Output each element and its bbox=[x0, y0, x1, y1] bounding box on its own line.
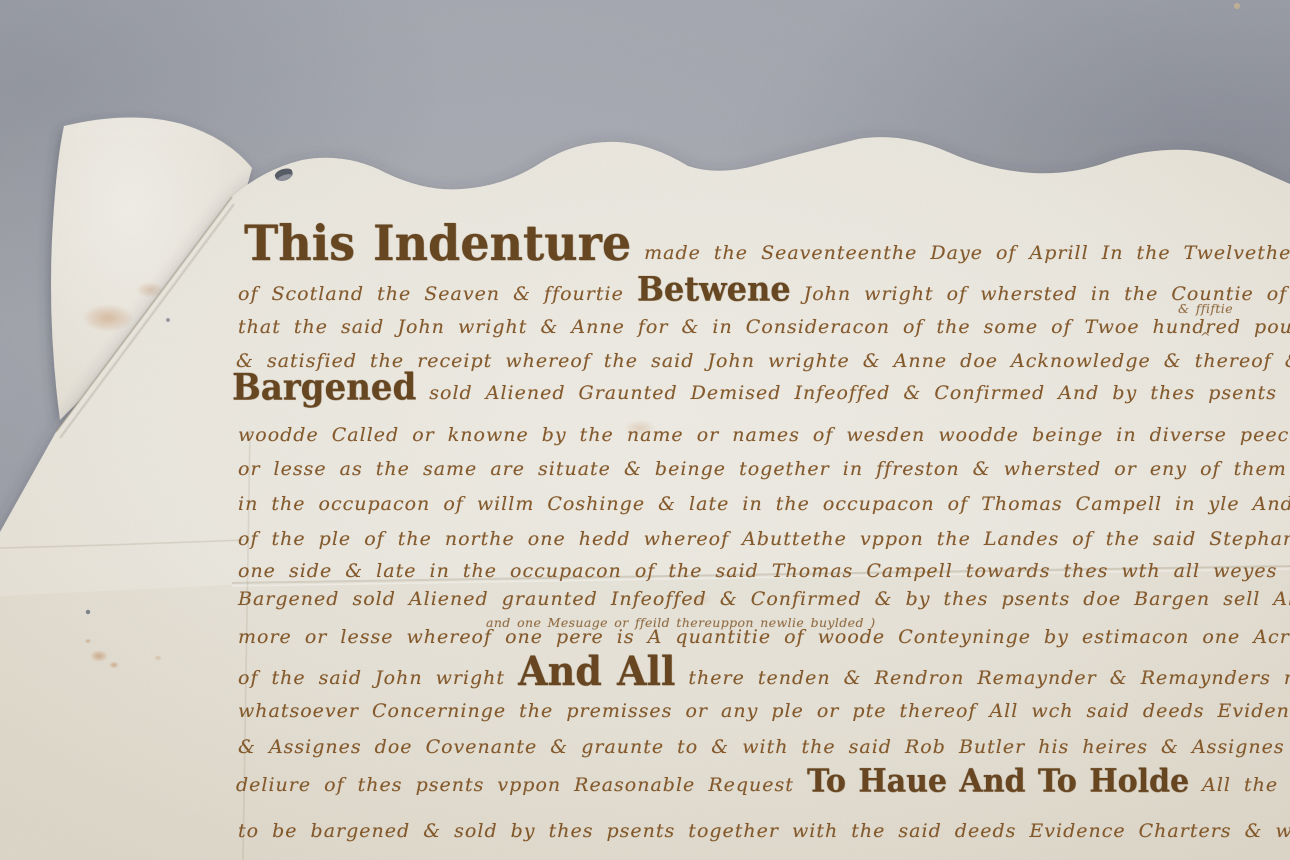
parchment-graphic bbox=[0, 0, 1290, 860]
stain bbox=[109, 662, 119, 669]
ink-speck bbox=[166, 318, 170, 322]
ink-speck bbox=[86, 610, 90, 614]
flap-stain bbox=[82, 304, 134, 332]
backdrop-speck bbox=[1234, 3, 1240, 9]
stain bbox=[624, 420, 656, 436]
crease-shading bbox=[0, 566, 1290, 860]
stain bbox=[688, 594, 712, 606]
stain bbox=[154, 655, 162, 661]
stain bbox=[90, 650, 108, 662]
stain bbox=[85, 639, 92, 644]
photo-frame: This Indenture made the Seaventeenthe Da… bbox=[0, 0, 1290, 860]
